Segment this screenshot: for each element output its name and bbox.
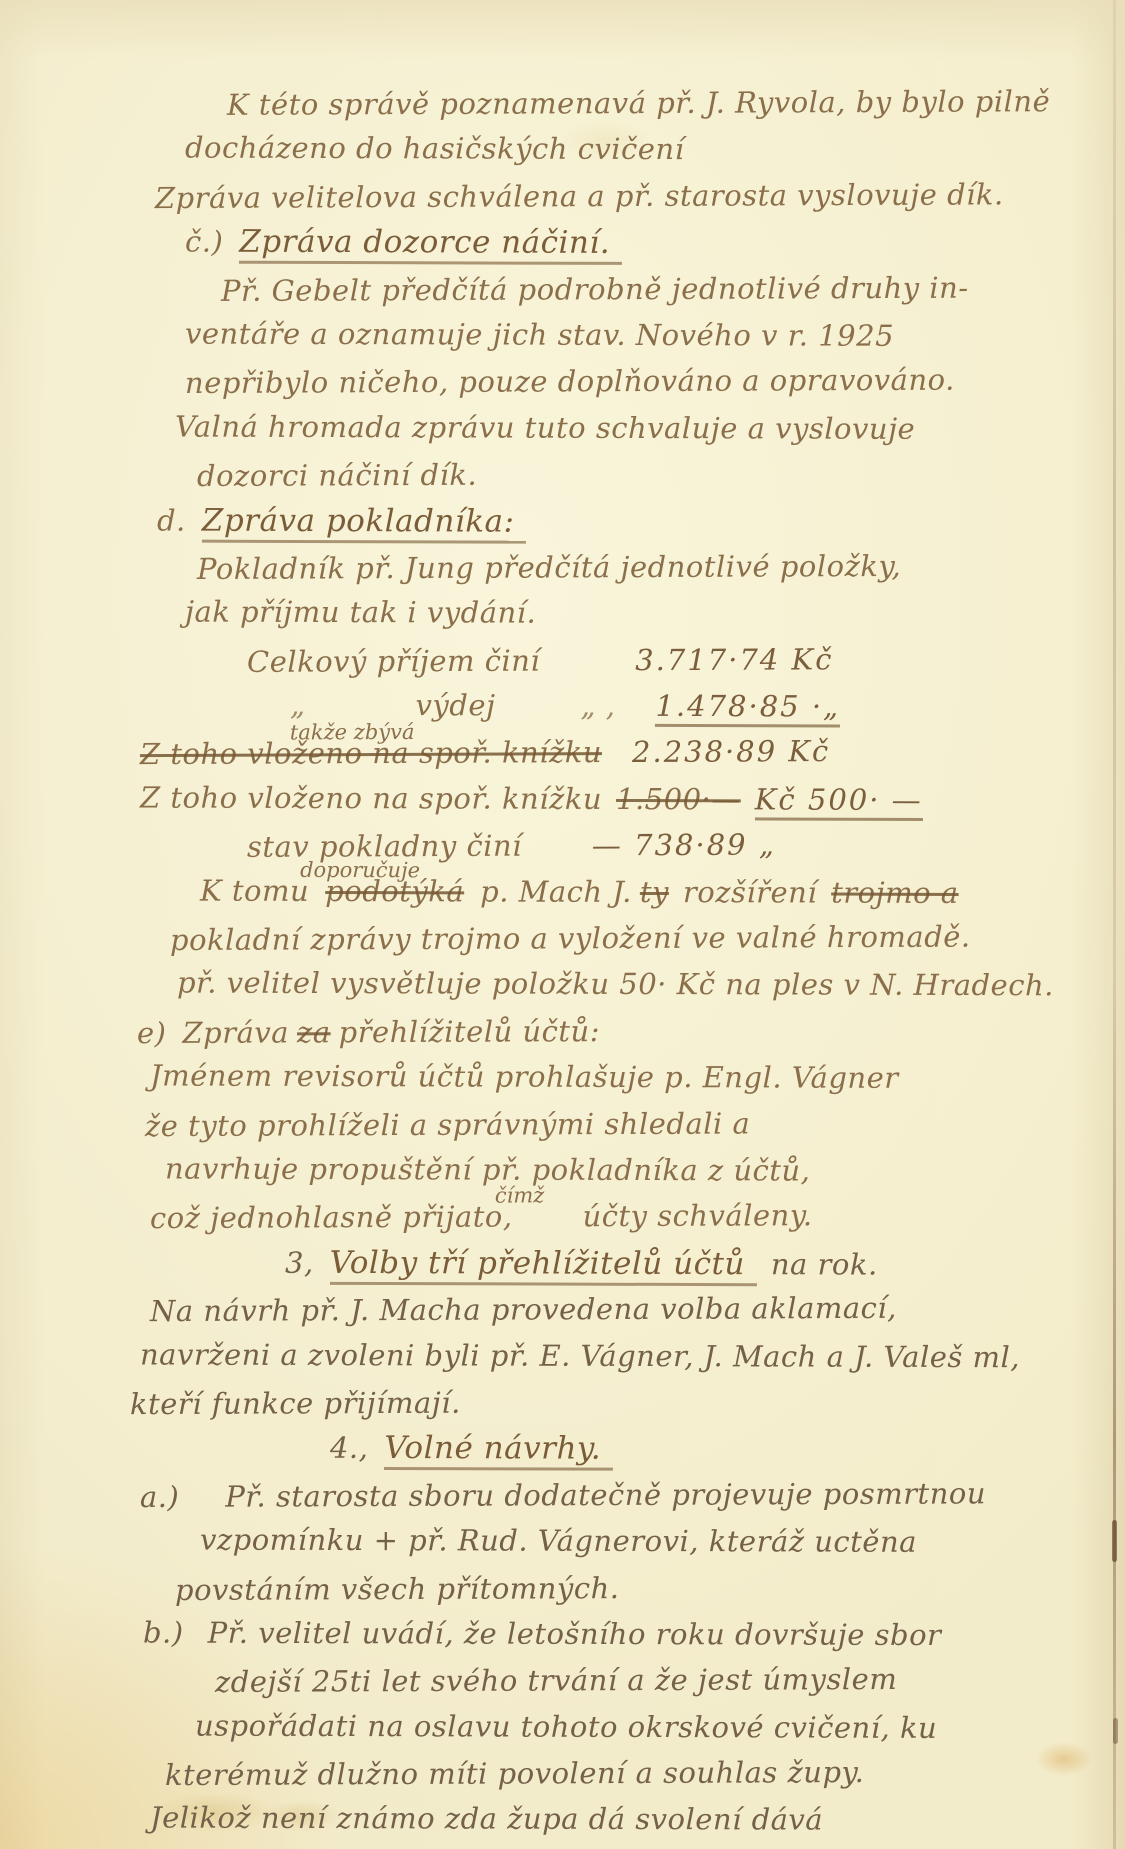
ditto-mark: „ , — [580, 689, 615, 723]
page-edge-mark — [1113, 1718, 1118, 1744]
line-text: kteří funkce přijímají. — [130, 1386, 461, 1421]
manuscript-line: navrženi a zvoleni byli př. E. Vágner, J… — [140, 1337, 1105, 1386]
ledger-line: takže zbýváZ toho vloženo na spoř. knížk… — [140, 733, 1105, 784]
manuscript-line: b.)Př. velitel uvádí, že letošního roku … — [113, 1615, 1105, 1665]
manuscript-line: ventáře a oznamuje jich stav. Nového v r… — [185, 317, 1105, 366]
section-heading-line: č.)Zpráva dozorce náčiní. — [185, 224, 1105, 273]
line-text: Př. starosta sboru dodatečně projevuje p… — [225, 1476, 986, 1513]
manuscript-line: kterémuž dlužno míti povolení a souhlas … — [165, 1754, 1105, 1804]
section-heading-suffix: na rok. — [771, 1247, 878, 1281]
manuscript-page: K této správě poznamenavá př. J. Ryvola,… — [0, 0, 1125, 1849]
line-text: vzpomínku + př. Rud. Vágnerovi, kteráž u… — [200, 1523, 917, 1559]
struck-text: trojmo a — [831, 875, 959, 909]
inserted-word: doporučuje — [300, 858, 420, 882]
line-text: jak příjmu tak i vydání. — [185, 595, 536, 630]
manuscript-line: Na návrh př. J. Macha provedena volba ak… — [150, 1290, 1105, 1341]
section-marker: č.) — [185, 225, 223, 259]
section-heading: Zpráva dozorce náčiní. — [239, 224, 622, 265]
line-text: což jednohlasně přijato, — [150, 1200, 513, 1236]
ledger-label: Z toho vloženo na spoř. knížku — [140, 780, 602, 815]
line-text: Valná hromada zprávu tuto schvaluje a vy… — [175, 409, 915, 445]
section-marker: d. — [157, 503, 186, 537]
section-heading-line: 4.,Volné návrhy. — [330, 1430, 1105, 1479]
item-marker: b.) — [143, 1615, 184, 1649]
line-text: p. Mach J. — [480, 874, 632, 908]
manuscript-line: Zpráva velitelova schválena a př. staros… — [155, 177, 1105, 228]
manuscript-line: doporučujeK tomupodotýkáp. Mach J.tyrozš… — [200, 873, 1105, 922]
ledger-line: Celkový příjem činí3.717·74 Kč — [247, 641, 1105, 691]
manuscript-line: dozorci náčiní dík. — [197, 455, 1105, 505]
manuscript-line: Př. Gebelt předčítá podrobně jednotlivé … — [221, 270, 1105, 320]
amount-value: Kč 500· — — [755, 782, 923, 821]
manuscript-line: docházeno do hasičských cvičení — [185, 131, 1105, 180]
manuscript-line: zdejší 25ti let svého trvání a že jest ú… — [215, 1661, 1105, 1711]
manuscript-line: uspořádati na oslavu tohoto okrskové cvi… — [195, 1708, 1105, 1757]
manuscript-line: čímžcož jednohlasně přijato,účty schvále… — [150, 1197, 1105, 1248]
manuscript-text-block: K této správě poznamenavá př. J. Ryvola,… — [185, 86, 1105, 1849]
section-marker: 3, — [285, 1245, 314, 1279]
line-text: povstáním všech přítomných. — [175, 1571, 620, 1607]
amount-value: 1.478·85 ·„ — [655, 689, 840, 728]
inserted-word: čímž — [495, 1184, 545, 1208]
ledger-label: Celkový příjem činí — [247, 643, 540, 678]
line-text: zdejší 25ti let svého trvání a že jest ú… — [215, 1662, 897, 1699]
line-text: navrženi a zvoleni byli př. E. Vágner, J… — [140, 1337, 1020, 1374]
manuscript-line: jak příjmu tak i vydání. — [185, 595, 1105, 644]
page-edge-mark — [1112, 1520, 1117, 1562]
line-text: Př. Gebelt předčítá podrobně jednotlivé … — [221, 270, 969, 307]
line-text: Pokladník př. Jung předčítá jednotlivé p… — [197, 549, 901, 586]
section-heading-line: 3,Volby tří přehlížitelů účtůna rok. — [285, 1244, 1105, 1293]
line-text: kterémuž dlužno míti povolení a souhlas … — [165, 1755, 864, 1792]
amount-value: — 738·89 „ — [592, 828, 776, 863]
item-marker: a.) — [140, 1480, 179, 1514]
line-text: dozorci náčiní dík. — [197, 458, 477, 493]
section-heading-line: d.Zpráva pokladníka: — [157, 502, 1105, 551]
line-text: nepřibylo ničeho, pouze doplňováno a opr… — [185, 363, 955, 400]
section-heading: Zpráva — [182, 1015, 289, 1049]
section-heading: Volné návrhy. — [384, 1430, 613, 1471]
line-text: př. velitel vysvětluje položku 50· Kč na… — [177, 966, 1054, 1003]
struck-text: 1.500·— — [616, 782, 741, 816]
manuscript-line: Pokladník př. Jung předčítá jednotlivé p… — [197, 548, 1105, 598]
section-heading: Volby tří přehlížitelů účtů — [330, 1245, 757, 1286]
line-text: Př. velitel uvádí, že letošního roku dov… — [208, 1616, 942, 1652]
manuscript-line: př. velitel vysvětluje položku 50· Kč na… — [177, 966, 1105, 1015]
manuscript-line: že tyto prohlíželi a správnými shledali … — [145, 1104, 1105, 1155]
line-text: K této správě poznamenavá př. J. Ryvola,… — [227, 84, 1050, 122]
line-text: K tomu — [200, 873, 309, 907]
line-text: Zpráva velitelova schválena a př. staros… — [155, 177, 1004, 215]
line-text: docházeno do hasičských cvičení — [185, 131, 684, 167]
paper-top-shading — [0, 0, 1125, 60]
line-text: uspořádati na oslavu tohoto okrskové cvi… — [195, 1708, 937, 1744]
section-heading: přehlížitelů účtů: — [339, 1014, 601, 1049]
ditto-mark: „ — [290, 688, 306, 722]
manuscript-line: povstáním všech přítomných. — [175, 1568, 1105, 1618]
line-text: Na návrh př. J. Macha provedena volba ak… — [150, 1291, 897, 1328]
manuscript-line: K této správě poznamenavá př. J. Ryvola,… — [185, 84, 1105, 134]
section-marker: e) — [137, 1016, 167, 1050]
line-text: účty schváleny. — [582, 1199, 812, 1234]
amount-value: 3.717·74 Kč — [635, 642, 833, 677]
ledger-label: výdej — [415, 688, 495, 722]
manuscript-line: vzpomínku + př. Rud. Vágnerovi, kteráž u… — [200, 1523, 1105, 1572]
struck-text: za — [297, 1015, 331, 1049]
page-right-edge — [1113, 0, 1116, 1849]
ledger-line: Z toho vloženo na spoř. knížku1.500·—Kč … — [140, 780, 1105, 829]
section-marker: 4., — [330, 1431, 368, 1465]
manuscript-line: Jménem revisorů účtů prohlašuje p. Engl.… — [150, 1059, 1105, 1108]
line-text: ventáře a oznamuje jich stav. Nového v r… — [185, 317, 894, 353]
manuscript-line: kteří funkce přijímají. — [130, 1383, 1105, 1434]
line-text: že tyto prohlíželi a správnými shledali … — [145, 1106, 750, 1143]
line-text: navrhuje propuštění př. pokladníka z účt… — [165, 1152, 810, 1188]
inserted-word: takže zbývá — [290, 720, 415, 745]
manuscript-line: nepřibylo ničeho, pouze doplňováno a opr… — [185, 362, 1105, 412]
line-text: pokladní zprávy trojmo a vyložení ve val… — [170, 920, 971, 957]
manuscript-line: Jelikož není známo zda župa dá svolení d… — [150, 1801, 1105, 1849]
manuscript-line: a.)Př. starosta sboru dodatečně projevuj… — [110, 1476, 1105, 1527]
section-heading-line: e)Zprávazapřehlížitelů účtů: — [137, 1012, 1105, 1063]
struck-text: ty — [640, 875, 669, 909]
manuscript-line: pokladní zprávy trojmo a vyložení ve val… — [170, 919, 1105, 969]
line-text: Jménem revisorů účtů prohlašuje p. Engl.… — [150, 1059, 899, 1095]
section-heading: Zpráva pokladníka: — [202, 502, 527, 543]
manuscript-line: navrhuje propuštění př. pokladníka z účt… — [165, 1152, 1105, 1201]
amount-value: 2.238·89 Kč — [632, 735, 830, 770]
line-text: rozšíření — [683, 875, 817, 909]
manuscript-line: Valná hromada zprávu tuto schvaluje a vy… — [175, 409, 1105, 458]
line-text: Jelikož není známo zda župa dá svolení d… — [150, 1801, 823, 1837]
